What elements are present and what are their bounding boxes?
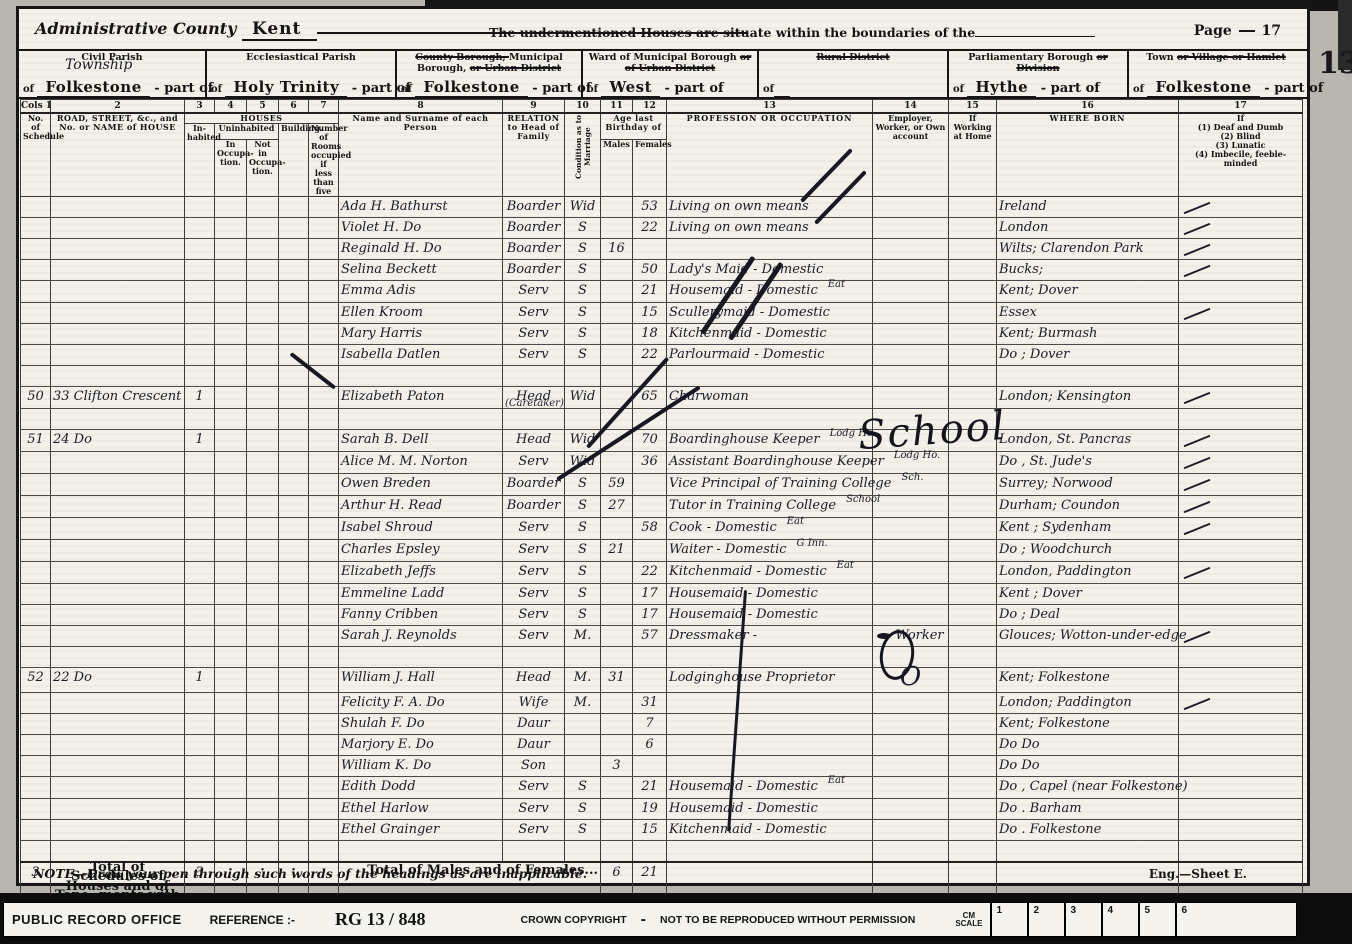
cell-uninhabited-in-occupation [215,324,247,345]
cell-employer [873,820,949,841]
district-box-value: of West - part of [587,77,753,96]
tick-mark [1184,202,1211,214]
cell-relation [503,841,565,862]
cell-relation: Serv [503,281,565,303]
cell-schedule-number [21,452,51,474]
cell-name: Ada H. Bathurst [339,197,503,218]
cell-name: Emma Adis [339,281,503,303]
cell-rooms [309,777,339,799]
footer-strip: PUBLIC RECORD OFFICE REFERENCE :- RG 13 … [0,893,1352,944]
cell-schedule-number [21,626,51,647]
cell-occupation: Housemaid - Domestic [667,605,873,626]
cell-age-male [601,366,633,387]
cell-infirmity [1179,756,1303,777]
cell-employer [873,345,949,366]
cell-schedule-number [21,324,51,345]
cell-infirmity [1179,605,1303,626]
district-box: County Borough, Municipal Borough, or Ur… [397,51,583,97]
cell-schedule-number [21,218,51,239]
tick-mark [1184,265,1211,277]
cell-building [279,409,309,430]
cell-infirmity [1179,584,1303,605]
cell-working-at-home [949,496,997,518]
column-numbers-row: Cols 1234567891011121314151617 [21,100,1303,114]
tick-mark [1184,392,1211,404]
cell-uninhabited-not-occupation [247,756,279,777]
cell-inhabited [185,562,215,584]
cell-age-female: 6 [633,735,667,756]
table-row: Marjory E. DoDaur6Do Do [21,735,1303,756]
cell-working-at-home [949,366,997,387]
cell-inhabited [185,714,215,735]
cell-address [51,562,185,584]
cell-name: Ethel Grainger [339,820,503,841]
cell-where-born [997,647,1179,668]
cell-address: 33 Clifton Crescent [51,387,185,409]
cell-address [51,605,185,626]
cell-relation: Head [503,430,565,452]
cell-employer [873,239,949,260]
cell-infirmity [1179,735,1303,756]
cell-condition: S [565,260,601,281]
cell-inhabited [185,647,215,668]
cell-inhabited [185,496,215,518]
cell-infirmity [1179,518,1303,540]
cell-rooms [309,605,339,626]
cell-inhabited [185,777,215,799]
cell-inhabited [185,218,215,239]
cell-schedule-number [21,605,51,626]
cell-where-born: Essex [997,303,1179,324]
cell-building [279,693,309,714]
col-houses-header: HOUSES [185,113,339,124]
cell-infirmity [1179,197,1303,218]
cell-uninhabited-not-occupation [247,366,279,387]
cell-name: Violet H. Do [339,218,503,239]
cell-rooms [309,562,339,584]
cell-age-male [601,799,633,820]
cell-inhabited [185,452,215,474]
cell-age-male: 21 [601,540,633,562]
col-profession-header: PROFESSION OR OCCUPATION [667,113,873,197]
cell-infirmity [1179,693,1303,714]
column-number: 2 [51,100,185,114]
cell-relation [503,366,565,387]
cell-where-born: Do ; Deal [997,605,1179,626]
cell-inhabited: 1 [185,387,215,409]
cell-uninhabited-not-occupation [247,820,279,841]
cell-building [279,324,309,345]
table-row: William K. DoSon3Do Do [21,756,1303,777]
table-row: Reginald H. DoBoarderS16Wilts; Clarendon… [21,239,1303,260]
cell-uninhabited-not-occupation [247,281,279,303]
table-row: Felicity F. A. DoWifeM.31London; Padding… [21,693,1303,714]
cell-age-female: 70 [633,430,667,452]
table-body: Ada H. BathurstBoarderWid53Living on own… [21,197,1303,862]
cell-inhabited [185,197,215,218]
cell-uninhabited-in-occupation [215,496,247,518]
cell-relation: Head [503,668,565,693]
census-form-page: Administrative County Kent The underment… [16,6,1310,886]
district-box-label: Parliamentary Borough or Division [949,53,1127,74]
cell-uninhabited-in-occupation [215,799,247,820]
cell-age-male: 31 [601,668,633,693]
cell-where-born: Durham; Coundon [997,496,1179,518]
cell-inhabited [185,345,215,366]
col-females-header: Females [633,139,667,196]
cell-relation: Serv [503,605,565,626]
cell-where-born: Kent; Dover [997,281,1179,303]
cell-occupation [667,735,873,756]
cell-uninhabited-in-occupation [215,540,247,562]
table-row [21,841,1303,862]
cell-uninhabited-in-occupation [215,387,247,409]
cell-uninhabited-in-occupation [215,409,247,430]
table-row: Emmeline LaddServS17Housemaid - Domestic… [21,584,1303,605]
folio-number: 13 [1318,46,1352,81]
column-number: 3 [185,100,215,114]
scale-mark: 3 [1064,903,1101,936]
cell-schedule-number [21,756,51,777]
admin-county-row: Administrative County Kent The underment… [19,9,1307,51]
cell-where-born: Ireland [997,197,1179,218]
footer-notice: NOT TO BE REPRODUCED WITHOUT PERMISSION [660,914,915,926]
cell-where-born [997,841,1179,862]
cell-uninhabited-not-occupation [247,668,279,693]
cell-employer [873,197,949,218]
cell-uninhabited-in-occupation [215,260,247,281]
cell-employer [873,562,949,584]
cell-uninhabited-not-occupation [247,496,279,518]
column-number: 13 [667,100,873,114]
cell-relation [503,409,565,430]
tick-mark [1184,631,1211,643]
cell-uninhabited-not-occupation [247,474,279,496]
cell-building [279,452,309,474]
cell-uninhabited-not-occupation [247,626,279,647]
cell-uninhabited-in-occupation [215,693,247,714]
cell-where-born: Do Do [997,735,1179,756]
col-in-occupation-header: In Occupa- tion. [215,139,247,196]
cell-condition: S [565,584,601,605]
column-number: 16 [997,100,1179,114]
cell-uninhabited-in-occupation [215,303,247,324]
cell-inhabited [185,324,215,345]
cell-where-born: London, Paddington [997,562,1179,584]
cell-occupation: Vice Principal of Training CollegeSch. [667,474,873,496]
cell-age-female: 36 [633,452,667,474]
cell-rooms [309,345,339,366]
occupation-annotation: Eat [828,771,845,791]
cell-schedule-number [21,693,51,714]
cell-uninhabited-in-occupation [215,562,247,584]
cell-schedule-number [21,735,51,756]
column-number: 10 [565,100,601,114]
district-box-label: Ecclesiastical Parish [207,53,395,64]
cell-address [51,626,185,647]
cell-uninhabited-in-occupation [215,841,247,862]
cell-infirmity [1179,387,1303,409]
cell-occupation: Living on own means [667,218,873,239]
cell-condition: S [565,345,601,366]
cell-name: Owen Breden [339,474,503,496]
cell-employer [873,281,949,303]
cell-employer [873,605,949,626]
cell-employer [873,841,949,862]
cell-uninhabited-not-occupation [247,777,279,799]
cell-where-born: Surrey; Norwood [997,474,1179,496]
cell-occupation: Scullerymaid - Domestic [667,303,873,324]
cell-where-born: London, St. Pancras [997,430,1179,452]
cell-working-at-home [949,626,997,647]
cell-address: 22 Do [51,668,185,693]
cell-inhabited [185,735,215,756]
cell-name [339,409,503,430]
cell-employer [873,324,949,345]
cell-rooms [309,496,339,518]
page-number: Page 17 [1194,23,1281,39]
cell-schedule-number [21,303,51,324]
cell-address [51,303,185,324]
column-number: 6 [279,100,309,114]
cell-building [279,626,309,647]
cell-schedule-number [21,540,51,562]
cell-schedule-number [21,366,51,387]
table-row: Mary HarrisServS18Kitchenmaid - Domestic… [21,324,1303,345]
cell-working-at-home [949,239,997,260]
cell-occupation [667,693,873,714]
district-box-label: Rural District [759,53,947,64]
table-row: Alice M. M. NortonServWid36Assistant Boa… [21,452,1303,474]
cell-working-at-home [949,562,997,584]
cell-inhabited [185,239,215,260]
cell-occupation: Tutor in Training CollegeSchool [667,496,873,518]
cell-name: William K. Do [339,756,503,777]
district-box-value: of Folkestone - part of [1133,77,1299,96]
cell-relation: Serv [503,518,565,540]
cell-building [279,820,309,841]
cell-infirmity [1179,799,1303,820]
cell-building [279,303,309,324]
cell-inhabited [185,281,215,303]
cell-name: Ellen Kroom [339,303,503,324]
cell-uninhabited-not-occupation [247,324,279,345]
cell-age-female: 22 [633,562,667,584]
cell-infirmity [1179,430,1303,452]
cell-age-male: 16 [601,239,633,260]
cell-inhabited [185,626,215,647]
cell-inhabited [185,693,215,714]
cell-address [51,714,185,735]
cell-building [279,777,309,799]
tick-mark [1184,567,1211,579]
cell-relation: Serv [503,820,565,841]
cell-infirmity [1179,540,1303,562]
admin-county-value: Kent [242,19,317,41]
cell-age-male [601,714,633,735]
cell-condition: S [565,799,601,820]
scale-mark: 2 [1027,903,1064,936]
cell-relation: Boarder [503,218,565,239]
occupation-annotation: Eat [787,512,804,532]
table-row: Shulah F. DoDaur7Kent; Folkestone [21,714,1303,735]
cell-uninhabited-not-occupation [247,735,279,756]
cell-age-female: 21 [633,281,667,303]
cell-address [51,366,185,387]
cell-age-male [601,197,633,218]
scale-mark: 5 [1138,903,1175,936]
cell-uninhabited-in-occupation [215,777,247,799]
cell-schedule-number [21,409,51,430]
col-infirmity-header: If (1) Deaf and Dumb (2) Blind (3) Lunat… [1179,113,1303,197]
cell-relation: Boarder [503,260,565,281]
column-number: 5 [247,100,279,114]
district-box-value: of Folkestone - part of [401,77,577,96]
cell-name: Edith Dodd [339,777,503,799]
cell-employer [873,496,949,518]
cell-name: Sarah J. Reynolds [339,626,503,647]
district-box-label: County Borough, Municipal Borough, or Ur… [397,53,581,74]
district-box-value: of Holy Trinity - part of [211,77,391,96]
cell-building [279,430,309,452]
cell-infirmity [1179,324,1303,345]
cell-occupation [667,714,873,735]
cell-age-female: 53 [633,197,667,218]
cell-building [279,647,309,668]
cell-working-at-home [949,714,997,735]
cell-where-born: Kent ; Sydenham [997,518,1179,540]
cell-uninhabited-not-occupation [247,387,279,409]
table-row [21,647,1303,668]
cell-employer [873,218,949,239]
district-boxes-row: Civil Parish Townshipof Folkestone - par… [19,51,1307,99]
cell-age-female [633,239,667,260]
district-box-value: of [763,77,943,96]
admin-county-label: Administrative County [35,19,236,38]
cell-schedule-number [21,841,51,862]
cell-address [51,474,185,496]
cell-uninhabited-not-occupation [247,430,279,452]
cell-uninhabited-not-occupation [247,260,279,281]
cell-building [279,281,309,303]
cell-building [279,562,309,584]
cell-uninhabited-not-occupation [247,452,279,474]
cell-infirmity [1179,714,1303,735]
district-box-value: of Folkestone - part of [23,77,201,96]
cell-age-female: 22 [633,218,667,239]
tick-mark [1184,457,1211,469]
cell-condition [565,756,601,777]
cell-uninhabited-not-occupation [247,799,279,820]
cell-age-female [633,668,667,693]
cell-address [51,197,185,218]
cell-building [279,714,309,735]
cell-inhabited [185,518,215,540]
cell-building [279,239,309,260]
col-condition-header: Condition as to Marriage [565,113,601,197]
cell-age-male: 59 [601,474,633,496]
cell-occupation: Cook - DomesticEat [667,518,873,540]
cell-address [51,820,185,841]
cell-age-female: 57 [633,626,667,647]
cell-age-male [601,260,633,281]
cell-uninhabited-in-occupation [215,197,247,218]
cell-address [51,584,185,605]
cell-condition: M. [565,693,601,714]
cell-rooms [309,584,339,605]
cell-condition: S [565,777,601,799]
cell-name [339,841,503,862]
cell-age-male [601,693,633,714]
footer-scale-label: CM SCALE [955,912,982,928]
column-number: 7 [309,100,339,114]
cell-uninhabited-not-occupation [247,584,279,605]
table-row: Ethel HarlowServS19Housemaid - DomesticD… [21,799,1303,820]
table-row: 5033 Clifton Crescent1Elizabeth PatonHea… [21,387,1303,409]
cell-working-at-home [949,345,997,366]
cell-infirmity [1179,496,1303,518]
district-box-label: Ward of Municipal Borough or of Urban Di… [583,53,757,74]
table-row: 5222 Do1William J. HallHeadM.31Lodgingho… [21,668,1303,693]
cell-schedule-number [21,281,51,303]
cell-relation: Serv [503,452,565,474]
footer-reference-label: REFERENCE :- [210,913,295,927]
cell-rooms [309,218,339,239]
cell-uninhabited-in-occupation [215,626,247,647]
table-row: Sarah J. ReynoldsServM.57Dressmaker -Wor… [21,626,1303,647]
cell-working-at-home [949,218,997,239]
footer-copyright: CROWN COPYRIGHT [520,914,626,926]
cell-schedule-number [21,777,51,799]
census-table: Cols 1234567891011121314151617 No. of Sc… [20,99,1303,922]
cell-inhabited [185,841,215,862]
cell-address [51,260,185,281]
cell-where-born: Kent; Folkestone [997,714,1179,735]
cell-working-at-home [949,756,997,777]
cell-age-female [633,841,667,862]
cell-age-male [601,345,633,366]
cell-infirmity [1179,345,1303,366]
cell-infirmity [1179,841,1303,862]
cell-working-at-home [949,197,997,218]
cell-rooms [309,820,339,841]
column-number: 14 [873,100,949,114]
cell-condition: Wid [565,197,601,218]
cell-uninhabited-in-occupation [215,668,247,693]
table-row: Edith DoddServS21Housemaid - DomesticEat… [21,777,1303,799]
cell-address [51,693,185,714]
cell-where-born: Do ; Dover [997,345,1179,366]
cell-where-born: Kent; Folkestone [997,668,1179,693]
cell-name: Shulah F. Do [339,714,503,735]
tick-mark [1184,479,1211,491]
cell-address: 24 Do [51,430,185,452]
cell-condition [565,735,601,756]
cell-inhabited [185,756,215,777]
cell-condition [565,409,601,430]
cell-schedule-number [21,584,51,605]
cell-schedule-number [21,239,51,260]
cell-address [51,841,185,862]
cell-name: Elizabeth Jeffs [339,562,503,584]
cell-working-at-home [949,324,997,345]
boundaries-underline [975,26,1095,37]
cell-building [279,218,309,239]
footer-office: PUBLIC RECORD OFFICE [12,912,182,927]
table-row: Violet H. DoBoarderS22Living on own mean… [21,218,1303,239]
cell-occupation: Lodginghouse Proprietor [667,668,873,693]
cell-age-male [601,562,633,584]
